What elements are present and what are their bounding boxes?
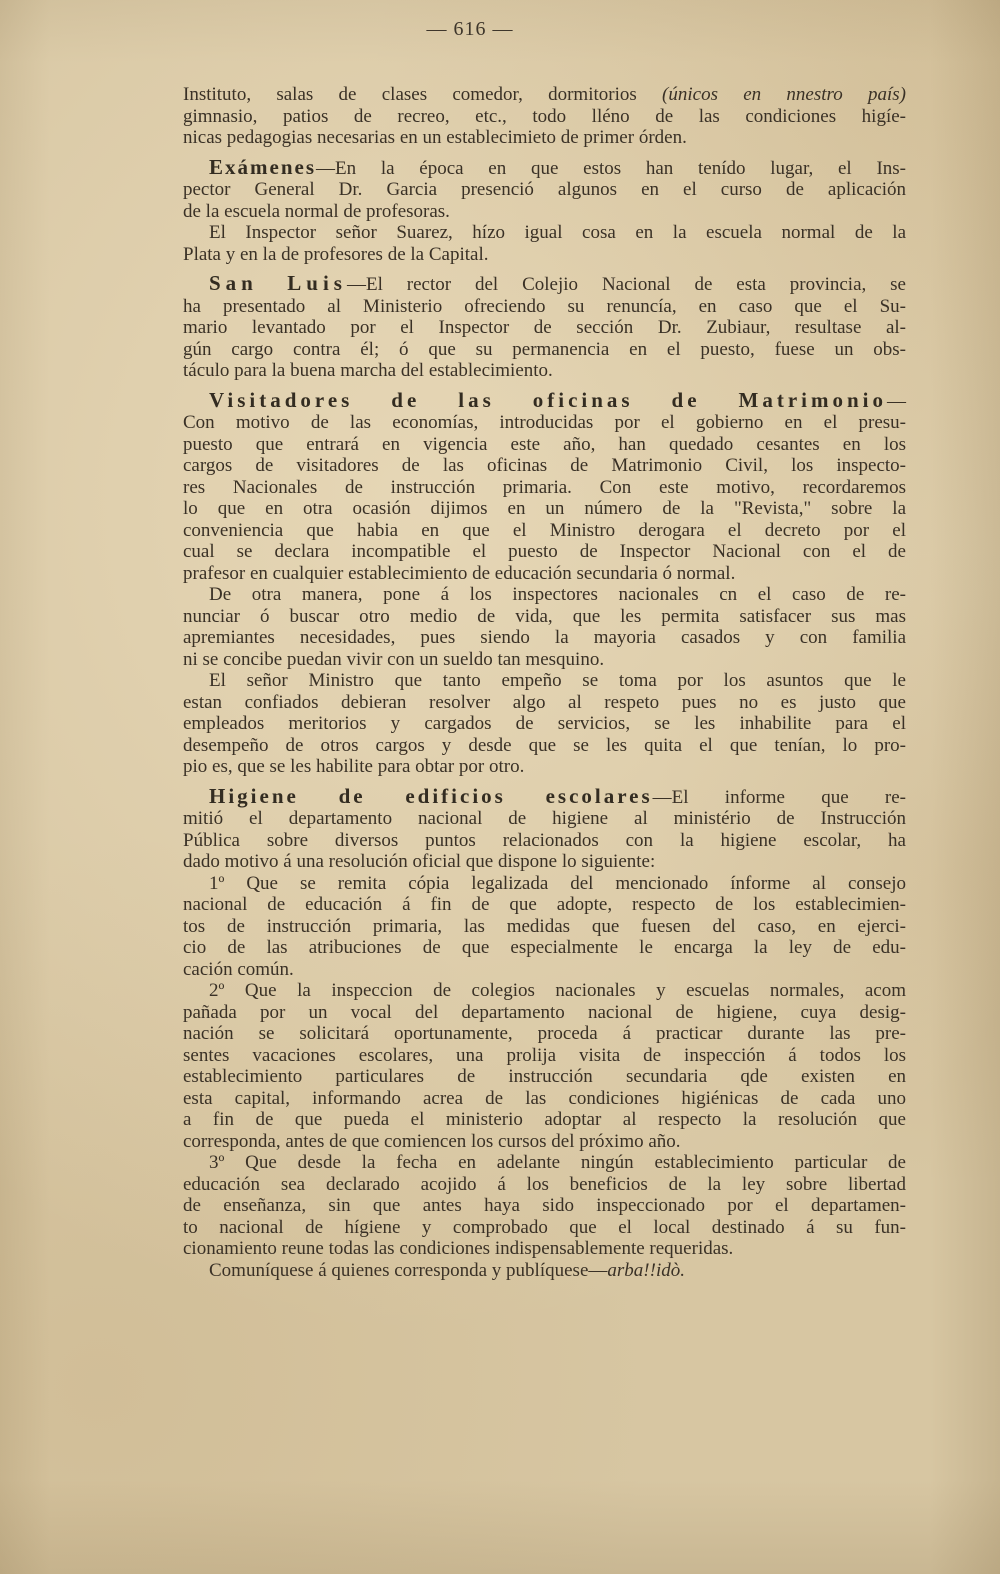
body-text: lo que en otra ocasión dijimos en un núm…	[183, 498, 906, 519]
text-line: to nacional de hígiene y comprobado que …	[183, 1217, 906, 1239]
text-line: Plata y en la de profesores de la Capita…	[183, 244, 906, 266]
text-line: cionamiento reune todas las condiciones …	[183, 1238, 906, 1260]
body-text: cargos de visitadores de las oficinas de…	[183, 455, 906, 476]
body-text: nunciar ó buscar otro medio de vida, que…	[183, 606, 906, 627]
para-inspector-suarez: El Inspector señor Suarez, hízo igual co…	[183, 222, 906, 265]
text-line: apremiantes necesidades, pues siendo la …	[183, 627, 906, 649]
section-heading: Exámenes	[209, 155, 316, 179]
text-line: ha presentado al Ministerio ofreciendo s…	[183, 296, 906, 318]
body-text: ha presentado al Ministerio ofreciendo s…	[183, 296, 906, 317]
para-san-luis: San Luis—El rector del Colejio Nacional …	[183, 273, 906, 382]
text-line: Higiene de edificios escolares—El inform…	[183, 786, 906, 809]
text-line: de enseñanza, sin que antes haya sido in…	[183, 1195, 906, 1217]
body-text: empleados meritorios y cargados de servi…	[183, 713, 906, 734]
body-text: Instituto, salas de clases comedor, dorm…	[183, 84, 662, 105]
text-line: conveniencia que habia en que el Ministr…	[183, 520, 906, 542]
body-text: conveniencia que habia en que el Ministr…	[183, 520, 906, 541]
para-comuniquese: Comuníquese á quienes corresponda y publ…	[183, 1260, 906, 1282]
body-text: Plata y en la de profesores de la Capita…	[183, 244, 488, 265]
body-text: cual se declara incompatible el puesto d…	[183, 541, 906, 562]
text-line: ni se concibe puedan vivir con un sueldo…	[183, 649, 906, 671]
body-text: mario levantado por el Inspector de secc…	[183, 317, 906, 338]
text-line: pio es, que se les habilite para obtar p…	[183, 756, 906, 778]
text-line: nación se solicitará oportunamente, proc…	[183, 1023, 906, 1045]
text-line: Exámenes—En la época en que estos han te…	[183, 157, 906, 180]
body-text: gimnasio, patios de recreo, etc., todo l…	[183, 106, 906, 127]
text-line: táculo para la buena marcha del establec…	[183, 360, 906, 382]
para-de-otra-manera: De otra manera, pone á los inspectores n…	[183, 584, 906, 670]
text-line: Pública sobre diversos puntos relacionad…	[183, 830, 906, 852]
section-heading: San Luis	[209, 271, 347, 295]
body-text: sentes vacaciones escolares, una prolija…	[183, 1045, 906, 1066]
para-higiene-edificios: Higiene de edificios escolares—El inform…	[183, 786, 906, 873]
text-line: sentes vacaciones escolares, una prolija…	[183, 1045, 906, 1067]
text-line: De otra manera, pone á los inspectores n…	[183, 584, 906, 606]
text-line: San Luis—El rector del Colejio Nacional …	[183, 273, 906, 296]
body-text: —El informe que re-	[653, 787, 906, 808]
text-line: 2º Que la inspeccion de colegios naciona…	[183, 980, 906, 1002]
body-text: gún cargo contra él; ó que su permanenci…	[183, 339, 906, 360]
body-text: educación sea declarado acojido á los be…	[183, 1174, 906, 1195]
page-number: — 616 —	[160, 18, 780, 41]
body-text: esta capital, informando acrea de las co…	[183, 1088, 906, 1109]
body-text: 3º Que desde la fecha en adelante ningún…	[209, 1152, 906, 1173]
text-line: esta capital, informando acrea de las co…	[183, 1088, 906, 1110]
body-text: nación se solicitará oportunamente, proc…	[183, 1023, 906, 1044]
para-resolucion-1: 1º Que se remita cópia legalizada del me…	[183, 873, 906, 981]
text-line: El Inspector señor Suarez, hízo igual co…	[183, 222, 906, 244]
body-text: El señor Ministro que tanto empeño se to…	[209, 670, 906, 691]
body-text: apremiantes necesidades, pues siendo la …	[183, 627, 906, 648]
text-line: Con motivo de las economías, introducida…	[183, 412, 906, 434]
text-line: cación común.	[183, 959, 906, 981]
para-resolucion-2: 2º Que la inspeccion de colegios naciona…	[183, 980, 906, 1152]
para-senor-ministro: El señor Ministro que tanto empeño se to…	[183, 670, 906, 778]
text-line: dado motivo á una resolución oficial que…	[183, 851, 906, 873]
body-text: to nacional de hígiene y comprobado que …	[183, 1217, 906, 1238]
text-line: mario levantado por el Inspector de secc…	[183, 317, 906, 339]
text-line: estan confiados debieran resolver algo a…	[183, 692, 906, 714]
body-text: corresponda, antes de que comiencen los …	[183, 1131, 681, 1152]
text-line: 3º Que desde la fecha en adelante ningún…	[183, 1152, 906, 1174]
text-line: El señor Ministro que tanto empeño se to…	[183, 670, 906, 692]
text-line: gimnasio, patios de recreo, etc., todo l…	[183, 106, 906, 128]
body-text: Pública sobre diversos puntos relacionad…	[183, 830, 906, 851]
body-text: tos de instrucción primaria, las medidas…	[183, 916, 906, 937]
text-line: Comuníquese á quienes corresponda y publ…	[183, 1260, 906, 1282]
para-visitadores: Visitadores de las oficinas de Matrimoni…	[183, 390, 906, 585]
text-line: nicas pedagogias necesarias en un establ…	[183, 127, 906, 149]
text-line: pector General Dr. Garcia presenció algu…	[183, 179, 906, 201]
body-text: mitió el departamento nacional de higien…	[183, 808, 906, 829]
body-text: nacional de educación á fin de que adopt…	[183, 894, 906, 915]
body-text: a fin de que pueda el ministerio adoptar…	[183, 1109, 906, 1130]
text-line: empleados meritorios y cargados de servi…	[183, 713, 906, 735]
body-text: Con motivo de las economías, introducida…	[183, 412, 906, 433]
section-heading: Higiene de edificios escolares	[209, 784, 653, 808]
body-text: —El rector del Colejio Nacional de esta …	[347, 274, 906, 295]
body-text: de la escuela normal de profesoras.	[183, 201, 450, 222]
body-text: cio de las atribuciones de que especialm…	[183, 937, 906, 958]
text-line: prafesor en cualquier establecimiento de…	[183, 563, 906, 585]
text-line: pañada por un vocal del departamento nac…	[183, 1002, 906, 1024]
body-text: dado motivo á una resolución oficial que…	[183, 851, 655, 872]
body-text: —En la época en que estos han tenído lug…	[316, 158, 906, 179]
text-body: Instituto, salas de clases comedor, dorm…	[183, 84, 906, 1281]
text-line: Visitadores de las oficinas de Matrimoni…	[183, 390, 906, 413]
text-line: cio de las atribuciones de que especialm…	[183, 937, 906, 959]
body-text: cación común.	[183, 959, 294, 980]
body-text: pector General Dr. Garcia presenció algu…	[183, 179, 906, 200]
body-text: De otra manera, pone á los inspectores n…	[209, 584, 906, 605]
para-resolucion-3: 3º Que desde la fecha en adelante ningún…	[183, 1152, 906, 1260]
text-line: educación sea declarado acojido á los be…	[183, 1174, 906, 1196]
text-line: tos de instrucción primaria, las medidas…	[183, 916, 906, 938]
body-text: táculo para la buena marcha del establec…	[183, 360, 553, 381]
body-text: 2º Que la inspeccion de colegios naciona…	[209, 980, 906, 1001]
text-line: nacional de educación á fin de que adopt…	[183, 894, 906, 916]
text-line: lo que en otra ocasión dijimos en un núm…	[183, 498, 906, 520]
text-line: desempeño de otros cargos y desde que se…	[183, 735, 906, 757]
italic-text: (únicos en nnestro país)	[662, 84, 906, 105]
text-line: Instituto, salas de clases comedor, dorm…	[183, 84, 906, 106]
body-text: establecimiento particulares de instrucc…	[183, 1066, 906, 1087]
text-line: gún cargo contra él; ó que su permanenci…	[183, 339, 906, 361]
text-line: de la escuela normal de profesoras.	[183, 201, 906, 223]
body-text: de enseñanza, sin que antes haya sido in…	[183, 1195, 906, 1216]
body-text: puesto que entrará en vigencia este año,…	[183, 434, 906, 455]
body-text: res Nacionales de instrucción primaria. …	[183, 477, 906, 498]
text-line: a fin de que pueda el ministerio adoptar…	[183, 1109, 906, 1131]
body-text: prafesor en cualquier establecimiento de…	[183, 563, 735, 584]
para-examenes: Exámenes—En la época en que estos han te…	[183, 157, 906, 223]
body-text: ni se concibe puedan vivir con un sueldo…	[183, 649, 604, 670]
body-text: estan confiados debieran resolver algo a…	[183, 692, 906, 713]
text-line: puesto que entrará en vigencia este año,…	[183, 434, 906, 456]
body-text: 1º Que se remita cópia legalizada del me…	[209, 873, 906, 894]
section-heading: Visitadores de las oficinas de Matrimoni…	[209, 388, 887, 412]
text-line: res Nacionales de instrucción primaria. …	[183, 477, 906, 499]
body-text: Comuníquese á quienes corresponda y publ…	[209, 1260, 607, 1281]
para-instituto-continuation: Instituto, salas de clases comedor, dorm…	[183, 84, 906, 149]
body-text: pio es, que se les habilite para obtar p…	[183, 756, 524, 777]
text-line: corresponda, antes de que comiencen los …	[183, 1131, 906, 1153]
text-line: cual se declara incompatible el puesto d…	[183, 541, 906, 563]
italic-text: arba!!idò.	[607, 1260, 685, 1281]
text-line: mitió el departamento nacional de higien…	[183, 808, 906, 830]
body-text: nicas pedagogias necesarias en un establ…	[183, 127, 687, 148]
body-text: desempeño de otros cargos y desde que se…	[183, 735, 906, 756]
body-text: pañada por un vocal del departamento nac…	[183, 1002, 906, 1023]
text-line: establecimiento particulares de instrucc…	[183, 1066, 906, 1088]
text-line: 1º Que se remita cópia legalizada del me…	[183, 873, 906, 895]
body-text: —	[887, 391, 906, 412]
body-text: cionamiento reune todas las condiciones …	[183, 1238, 733, 1259]
text-line: nunciar ó buscar otro medio de vida, que…	[183, 606, 906, 628]
body-text: El Inspector señor Suarez, hízo igual co…	[209, 222, 906, 243]
text-line: cargos de visitadores de las oficinas de…	[183, 455, 906, 477]
